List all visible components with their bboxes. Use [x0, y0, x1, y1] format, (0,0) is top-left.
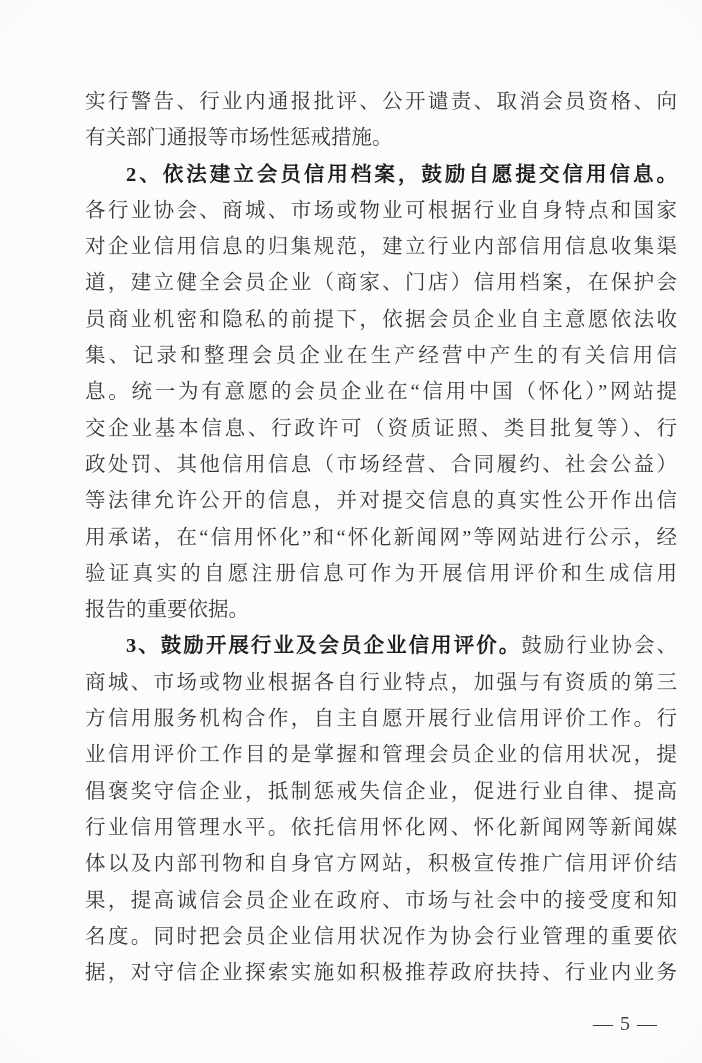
text-segment: 集、记录和整理会员企业在生产经营中产生的有关信用信: [85, 345, 677, 367]
document-body-text: 实行警告、行业内通报批评、公开谴责、取消会员资格、向有关部门通报等市场性惩戒措施…: [85, 84, 677, 991]
text-line: 息。统一为有意愿的会员企业在“信用中国（怀化）”网站提: [85, 374, 677, 410]
text-segment: 名度。同时把会员企业信用状况作为协会行业管理的重要依: [85, 926, 677, 948]
text-segment: 等法律允许公开的信息，并对提交信息的真实性公开作出信: [85, 490, 677, 512]
text-segment: 有关部门通报等市场性惩戒措施。: [85, 127, 393, 149]
text-line: 3、鼓励开展行业及会员企业信用评价。鼓励行业协会、: [85, 628, 677, 664]
text-segment: 报告的重要依据。: [85, 599, 249, 621]
text-segment: 商城、市场或物业根据各自行业特点，加强与有资质的第三: [85, 672, 677, 694]
text-line: 交企业基本信息、行政许可（资质证照、类目批复等）、行: [85, 411, 677, 447]
text-line: 名度。同时把会员企业信用状况作为协会行业管理的重要依: [85, 919, 677, 955]
text-line: 等法律允许公开的信息，并对提交信息的真实性公开作出信: [85, 483, 677, 519]
text-segment: 对企业信用信息的归集规范，建立行业内部信用信息收集渠: [85, 236, 677, 258]
text-segment: 据，对守信企业探索实施如积极推荐政府扶持、行业内业务: [85, 962, 677, 984]
text-line: 倡褒奖守信企业，抵制惩戒失信企业，促进行业自律、提高: [85, 774, 677, 810]
text-segment: 交企业基本信息、行政许可（资质证照、类目批复等）、行: [85, 418, 677, 440]
text-line: 2、依法建立会员信用档案，鼓励自愿提交信用信息。: [85, 157, 677, 193]
text-line: 体以及内部刊物和自身官方网站，积极宣传推广信用评价结: [85, 846, 677, 882]
page-number: — 5 —: [593, 1012, 658, 1036]
text-line: 用承诺，在“信用怀化”和“怀化新闻网”等网站进行公示，经: [85, 520, 677, 556]
text-segment: 方信用服务机构合作，自主自愿开展行业信用评价工作。行: [85, 708, 677, 730]
text-line: 集、记录和整理会员企业在生产经营中产生的有关信用信: [85, 338, 677, 374]
text-segment: 政处罚、其他信用信息（市场经营、合同履约、社会公益）: [85, 454, 677, 476]
text-segment: 倡褒奖守信企业，抵制惩戒失信企业，促进行业自律、提高: [85, 781, 677, 803]
text-line: 对企业信用信息的归集规范，建立行业内部信用信息收集渠: [85, 229, 677, 265]
text-segment: 道，建立健全会员企业（商家、门店）信用档案，在保护会: [85, 272, 677, 294]
text-segment: 鼓励行业协会、: [521, 635, 677, 657]
text-line: 政处罚、其他信用信息（市场经营、合同履约、社会公益）: [85, 447, 677, 483]
text-line: 方信用服务机构合作，自主自愿开展行业信用评价工作。行: [85, 701, 677, 737]
text-segment: 验证真实的自愿注册信息可作为开展信用评价和生成信用: [85, 563, 677, 585]
text-segment: 实行警告、行业内通报批评、公开谴责、取消会员资格、向: [85, 91, 677, 113]
text-line: 有关部门通报等市场性惩戒措施。: [85, 120, 677, 156]
text-line: 行业信用管理水平。依托信用怀化网、怀化新闻网等新闻媒: [85, 810, 677, 846]
text-segment: 用承诺，在“信用怀化”和“怀化新闻网”等网站进行公示，经: [85, 527, 677, 549]
text-line: 员商业机密和隐私的前提下，依据会员企业自主意愿依法收: [85, 302, 677, 338]
text-segment: 员商业机密和隐私的前提下，依据会员企业自主意愿依法收: [85, 309, 677, 331]
bold-text-segment: 2、依法建立会员信用档案，鼓励自愿提交信用信息。: [126, 164, 677, 186]
text-segment: 体以及内部刊物和自身官方网站，积极宣传推广信用评价结: [85, 853, 677, 875]
text-line: 果，提高诚信会员企业在政府、市场与社会中的接受度和知: [85, 883, 677, 919]
text-line: 报告的重要依据。: [85, 592, 677, 628]
text-line: 道，建立健全会员企业（商家、门店）信用档案，在保护会: [85, 265, 677, 301]
text-segment: 业信用评价工作目的是掌握和管理会员企业的信用状况，提: [85, 744, 677, 766]
text-line: 各行业协会、商城、市场或物业可根据行业自身特点和国家: [85, 193, 677, 229]
text-segment: 行业信用管理水平。依托信用怀化网、怀化新闻网等新闻媒: [85, 817, 677, 839]
text-line: 据，对守信企业探索实施如积极推荐政府扶持、行业内业务: [85, 955, 677, 991]
bold-text-segment: 3、鼓励开展行业及会员企业信用评价。: [126, 635, 521, 657]
text-segment: 各行业协会、商城、市场或物业可根据行业自身特点和国家: [85, 200, 677, 222]
text-segment: 息。统一为有意愿的会员企业在“信用中国（怀化）”网站提: [85, 381, 677, 403]
text-segment: 果，提高诚信会员企业在政府、市场与社会中的接受度和知: [85, 890, 677, 912]
text-line: 业信用评价工作目的是掌握和管理会员企业的信用状况，提: [85, 737, 677, 773]
text-line: 商城、市场或物业根据各自行业特点，加强与有资质的第三: [85, 665, 677, 701]
scanned-document-page: 实行警告、行业内通报批评、公开谴责、取消会员资格、向有关部门通报等市场性惩戒措施…: [0, 0, 702, 1063]
text-line: 验证真实的自愿注册信息可作为开展信用评价和生成信用: [85, 556, 677, 592]
text-line: 实行警告、行业内通报批评、公开谴责、取消会员资格、向: [85, 84, 677, 120]
